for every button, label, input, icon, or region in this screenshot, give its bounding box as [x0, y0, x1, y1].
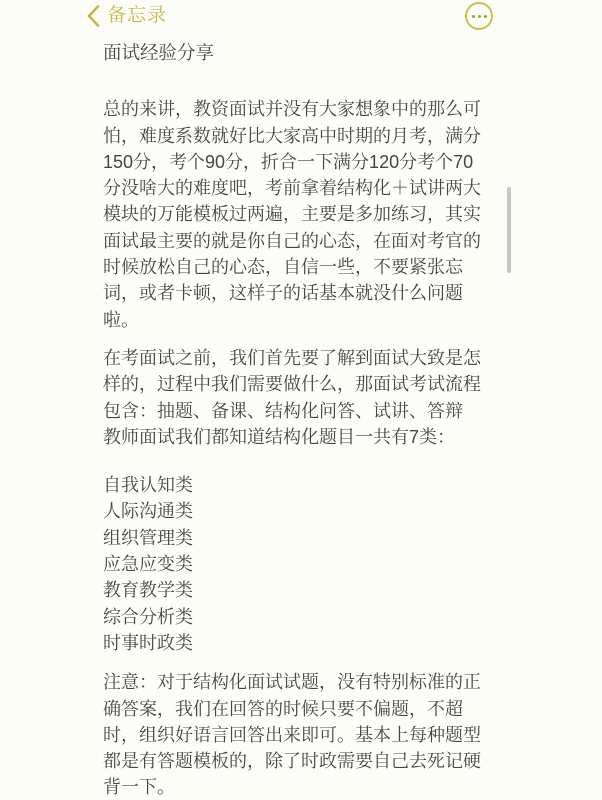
paragraph-exam-process: 在考面试之前，我们首先要了解到面试大致是怎 样的，过程中我们需要做什么，那面试考…: [103, 345, 515, 450]
scrollbar-thumb[interactable]: [507, 187, 511, 273]
category-item: 时事时政类: [103, 630, 515, 656]
category-item: 自我认知类: [103, 472, 515, 498]
paragraph-intro: 总的来讲，教资面试并没有大家想象中的那么可 怕，难度系数就好比大家高中时期的月考…: [103, 96, 515, 333]
back-button-label: 备忘录: [107, 4, 167, 28]
category-item: 组织管理类: [103, 525, 515, 551]
category-item: 综合分析类: [103, 604, 515, 630]
category-item: 应急应变类: [103, 551, 515, 577]
category-item: 教育教学类: [103, 577, 515, 603]
paragraph-notice: 注意：对于结构化面试试题，没有特别标准的正 确答案，我们在回答的时候只要不偏题，…: [103, 669, 515, 800]
more-options-button[interactable]: [465, 2, 493, 30]
category-list: 自我认知类人际沟通类组织管理类应急应变类教育教学类综合分析类时事时政类: [103, 472, 515, 656]
note-title: 面试经验分享: [103, 40, 515, 66]
top-navigation-bar: 备忘录: [0, 0, 602, 36]
note-editor[interactable]: 面试经验分享 总的来讲，教资面试并没有大家想象中的那么可 怕，难度系数就好比大家…: [103, 40, 515, 800]
ellipsis-icon: [472, 15, 487, 18]
category-item: 人际沟通类: [103, 498, 515, 524]
back-button[interactable]: 备忘录: [87, 4, 167, 28]
chevron-left-icon: [87, 5, 100, 27]
